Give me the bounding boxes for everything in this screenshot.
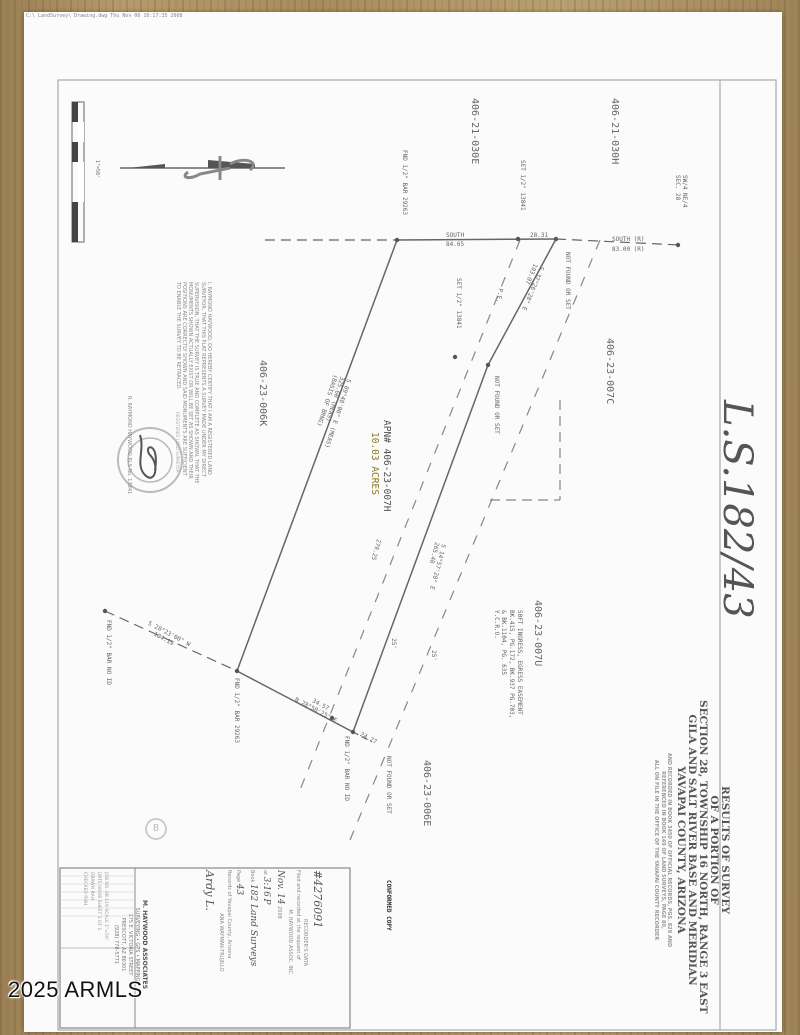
monument-label: NOT FOUND OR SET [385,756,392,814]
easement-width-label: 25' [430,650,437,661]
surveyor-signature-line: R. RAYMOND HAYWOOD RLS No. 13841 [126,396,132,494]
job-field-key: DATE [96,872,101,884]
scale-bar-segment [72,202,78,242]
monument-point [676,243,680,247]
subject-parcel-acreage: 10.03 ACRES [369,432,380,495]
monument-label: FND 1/2" BAR 29263 [401,150,408,215]
monument-label: NOT FOUND OR SET [564,252,571,310]
monument-label: FND 1/2" BAR 29263 [233,678,240,743]
monument-point [486,363,490,367]
certification-line: I, RAYMOND HAYWOOD, DO HEREBY CERTIFY TH… [206,282,212,484]
scale-bar-segment [78,122,84,142]
monument-point [453,355,457,359]
section-corner-label: SW/4 NE/4 SEC. 28 [674,175,688,208]
parcel-label: 406-23-007C [604,338,615,404]
title-line: RESULTS OF SURVEY [719,700,730,1000]
easement-line-east [350,240,600,840]
job-field-key: SHEET [96,900,101,915]
county-recorder-name: ANA WAYMAN-TRUJILLO [217,870,225,1015]
title-note: AND RECORDED IN BOOK 3450 OF OFFICIAL RE… [666,700,672,1000]
handwritten-ls-number: L.S.182/43 [714,400,760,619]
monument-label: FND 1/2" BAR NO ID [343,736,350,801]
parcel-label: 406-23-006E [421,760,432,826]
recorded-book: 182 Land Surveys [248,884,258,966]
parcel-label: 406-21-030H [609,98,620,164]
scale-bar-segment [78,162,84,202]
east-record-distance: 83.00 (R) [612,246,645,253]
certification-line: SUPERVISION, THAT THE SURVEY IS TRUE AND… [193,282,199,484]
title-note: ALL ON FILE IN THE OFFICE OF THE YAVAPAI… [653,700,659,1000]
certification-line: SURVEYOR, THAT THIS PLAT REPRESENTS A SU… [200,282,206,484]
monument-point [395,238,399,242]
title-line: YAVAPAI COUNTY, ARIZONA [675,700,686,1000]
job-field-key: SCALE [103,908,108,922]
easement-note-line: & BK.1104, PG. 635 [500,610,508,718]
east-record-bearing: SOUTH (R) [612,236,645,243]
north-segment-distance: 28.31 [530,232,548,239]
parcel-label: 406-23-006K [257,360,268,426]
scale-bar-segment [72,142,78,162]
monument-point [103,609,107,613]
conformed-copy-stamp: CONFORMED COPY [385,880,392,931]
easement-note-line: BK.415, PG.172, BK.937 PG.703, [507,610,515,718]
file-path-stamp: C:\ LandSurvey\ Drawing.dwg Thu Nov 06 1… [26,13,183,19]
north-boundary [397,239,556,240]
monument-point [351,730,355,734]
mls-watermark: 2025 ARMLS [8,977,143,1003]
scale-bar-segment [72,102,78,122]
scale-bar-label: 1"=50' [94,160,100,178]
certification-line: POSITIONS ARE CORRECTLY SHOWN AND SAID M… [181,282,187,484]
survey-title-block: RESULTS OF SURVEY OF A PORTION OF SECTIO… [653,700,730,1000]
job-field-key: DRAWN [89,872,94,889]
recorder-records: Records of Yavapai County, Arizona [225,870,233,1015]
north-line-bearing: SOUTH [446,232,464,239]
monument-point [554,237,558,241]
monument-point [235,669,239,673]
title-line: OF A PORTION OF [708,700,719,1000]
surveyor-certification: I, RAYMOND HAYWOOD, DO HEREBY CERTIFY TH… [175,282,213,484]
monument-label: SET 1/2" 13841 [455,278,462,329]
subject-parcel-apn: APN# 406-23-007H [381,420,392,512]
certification-line: MONUMENTS SHOWN ACTUALLY EXIST OR WILL B… [187,282,193,484]
title-line: SECTION 28, TOWNSHIP 16 NORTH, RANGE 3 E… [697,700,708,1000]
seal-label: REGISTERED LAND SURVEYOR [175,412,180,473]
recorded-page: 43 [235,884,245,895]
title-line: GILA AND SALT RIVER BASE AND MERIDIAN [686,700,697,1000]
sheet-circle-label: B [145,818,167,840]
job-field-key: JOB NO. [103,872,108,890]
job-field-value: 1"=50' [103,924,108,940]
monument-label: FND 1/2" BAR NO ID [105,620,112,685]
recorded-time: 3:16 [262,877,272,897]
parcel-label: 406-21-030E [469,98,480,164]
north-line-distance: 84.65 [446,241,464,248]
easement-note-line: Y.C.R.O. [492,610,500,718]
recording-number: #4276091 [309,870,326,1015]
easement-width-label: 25' [390,638,397,649]
monument-point [516,237,520,241]
title-note: REFERENCED IN BOOK 149 OF LAND SURVEYS, … [659,700,665,1000]
job-field-value: RAH [89,891,94,900]
parcel-label: 406-23-007U [532,600,543,666]
easement-note-line: 50FT INGRESS, EGRESS EASEMENT [515,610,523,718]
recorder-filed-text: Filed and recorded at the request of [294,870,302,1015]
recorder-requester: M. HAYWOOD ASSOC. INC. [286,870,294,1015]
recorded-time-suffix: P [262,898,272,904]
recorder-data-block: #4276091 RECORDER'S DATA Filed and recor… [201,870,326,1015]
section-corner-aliquot: SW/4 NE/4 [681,175,688,208]
easement-note: 50FT INGRESS, EGRESS EASEMENT BK.415, PG… [492,610,523,718]
recorded-date: Nov. 14 [275,870,285,904]
recorder-signature: Ardy L. [201,870,218,1015]
monument-label: SET 1/2" 13841 [519,160,526,211]
recorder-heading: RECORDER'S DATA [301,870,309,1015]
section-corner-sec: SEC. 28 [674,175,681,208]
recorded-year: 2008 [276,906,282,919]
monument-label: NOT FOUND OR SET [493,376,500,434]
job-field-value: 09/08 [96,885,101,898]
job-field-value: RHH [82,895,87,905]
north-arrow-icon [120,156,285,180]
job-field-value: 08-119 [103,891,108,907]
job-field-value: 1 OF 1 [96,916,101,931]
job-field-key: CHECKED [82,872,87,894]
